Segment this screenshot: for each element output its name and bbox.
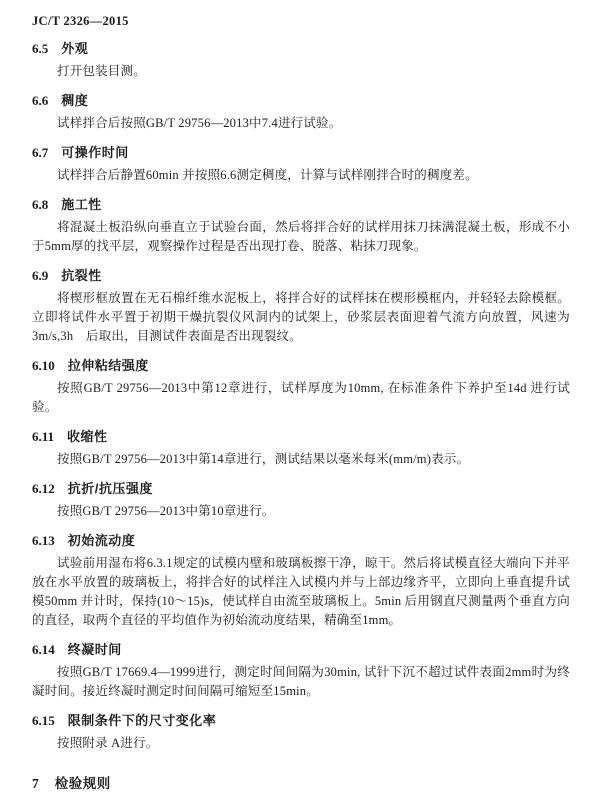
document-page: JC/T 2326—2015 6.5外观 打开包装目测。 6.6稠度 试样拌合后… — [0, 0, 600, 800]
section-paragraph: 试验前用湿布将6.3.1规定的试模内壁和玻璃板擦干净，晾干。然后将试模直径大端向… — [32, 554, 570, 630]
section-6-8: 6.8施工性 将混凝土板沿纵向垂直立于试验台面，然后将拌合好的试样用抹刀抹满混凝… — [32, 197, 570, 256]
section-number: 6.11 — [32, 429, 54, 444]
section-number: 6.15 — [32, 713, 55, 728]
section-number: 6.9 — [32, 268, 48, 283]
section-title: 拉伸粘结强度 — [68, 358, 149, 373]
section-paragraph: 按照GB/T 29756—2013中第14章进行，测试结果以毫米每米(mm/m)… — [32, 450, 570, 469]
section-6-15: 6.15限制条件下的尺寸变化率 按照附录 A进行。 — [32, 713, 570, 753]
chapter-heading: 7检验规则 — [32, 775, 570, 792]
section-number: 6.14 — [32, 642, 55, 657]
section-paragraph: 将混凝土板沿纵向垂直立于试验台面，然后将拌合好的试样用抹刀抹满混凝土板，形成不小… — [32, 218, 570, 256]
section-paragraph: 按照GB/T 17669.4—1999进行，测定时间间隔为30min, 试针下沉… — [32, 663, 570, 701]
section-6-10: 6.10拉伸粘结强度 按照GB/T 29756—2013中第12章进行，试样厚度… — [32, 358, 570, 417]
section-paragraph: 按照GB/T 29756—2013中第10章进行。 — [32, 502, 570, 521]
section-heading: 6.12抗折/抗压强度 — [32, 481, 570, 496]
section-number: 6.7 — [32, 145, 48, 160]
section-number: 6.10 — [32, 358, 55, 373]
section-heading: 6.11收缩性 — [32, 429, 570, 444]
standard-number: JC/T 2326—2015 — [32, 13, 570, 29]
section-heading: 6.7可操作时间 — [32, 145, 570, 160]
section-title: 初始流动度 — [68, 533, 136, 548]
section-heading: 6.13初始流动度 — [32, 533, 570, 548]
section-title: 抗折/抗压强度 — [68, 481, 153, 496]
chapter-title: 检验规则 — [55, 776, 111, 791]
section-paragraph: 试样拌合后按照GB/T 29756—2013中7.4进行试验。 — [32, 114, 570, 133]
section-6-13: 6.13初始流动度 试验前用湿布将6.3.1规定的试模内壁和玻璃板擦干净，晾干。… — [32, 533, 570, 630]
section-number: 6.6 — [32, 93, 48, 108]
section-paragraph: 按照附录 A进行。 — [32, 734, 570, 753]
section-number: 6.8 — [32, 197, 48, 212]
section-paragraph: 按照GB/T 29756—2013中第12章进行，试样厚度为10mm, 在标准条… — [32, 379, 570, 417]
section-number: 6.12 — [32, 481, 55, 496]
section-heading: 6.5外观 — [32, 41, 570, 56]
section-title: 稠度 — [61, 93, 88, 108]
section-6-9: 6.9抗裂性 将楔形框放置在无石棉纤维水泥板上，将拌合好的试样抹在楔形模框内，并… — [32, 268, 570, 346]
section-title: 收缩性 — [67, 429, 108, 444]
section-6-11: 6.11收缩性 按照GB/T 29756—2013中第14章进行，测试结果以毫米… — [32, 429, 570, 469]
section-heading: 6.15限制条件下的尺寸变化率 — [32, 713, 570, 728]
section-title: 终凝时间 — [68, 642, 122, 657]
section-paragraph: 试样拌合后静置60min 并按照6.6测定稠度，计算与试样刚拌合时的稠度差。 — [32, 166, 570, 185]
section-heading: 6.9抗裂性 — [32, 268, 570, 283]
section-title: 限制条件下的尺寸变化率 — [68, 713, 217, 728]
section-6-12: 6.12抗折/抗压强度 按照GB/T 29756—2013中第10章进行。 — [32, 481, 570, 521]
section-number: 6.5 — [32, 41, 48, 56]
section-paragraph: 打开包装目测。 — [32, 62, 570, 81]
section-heading: 6.14终凝时间 — [32, 642, 570, 657]
section-title: 施工性 — [61, 197, 102, 212]
section-heading: 6.6稠度 — [32, 93, 570, 108]
section-paragraph: 将楔形框放置在无石棉纤维水泥板上，将拌合好的试样抹在楔形模框内，并轻轻去除模框。… — [32, 289, 570, 346]
section-6-6: 6.6稠度 试样拌合后按照GB/T 29756—2013中7.4进行试验。 — [32, 93, 570, 133]
chapter-number: 7 — [32, 776, 39, 791]
section-heading: 6.8施工性 — [32, 197, 570, 212]
section-title: 外观 — [61, 41, 88, 56]
section-6-14: 6.14终凝时间 按照GB/T 17669.4—1999进行，测定时间间隔为30… — [32, 642, 570, 701]
section-title: 抗裂性 — [61, 268, 102, 283]
section-6-7: 6.7可操作时间 试样拌合后静置60min 并按照6.6测定稠度，计算与试样刚拌… — [32, 145, 570, 185]
section-number: 6.13 — [32, 533, 55, 548]
section-title: 可操作时间 — [61, 145, 129, 160]
section-6-5: 6.5外观 打开包装目测。 — [32, 41, 570, 81]
section-heading: 6.10拉伸粘结强度 — [32, 358, 570, 373]
